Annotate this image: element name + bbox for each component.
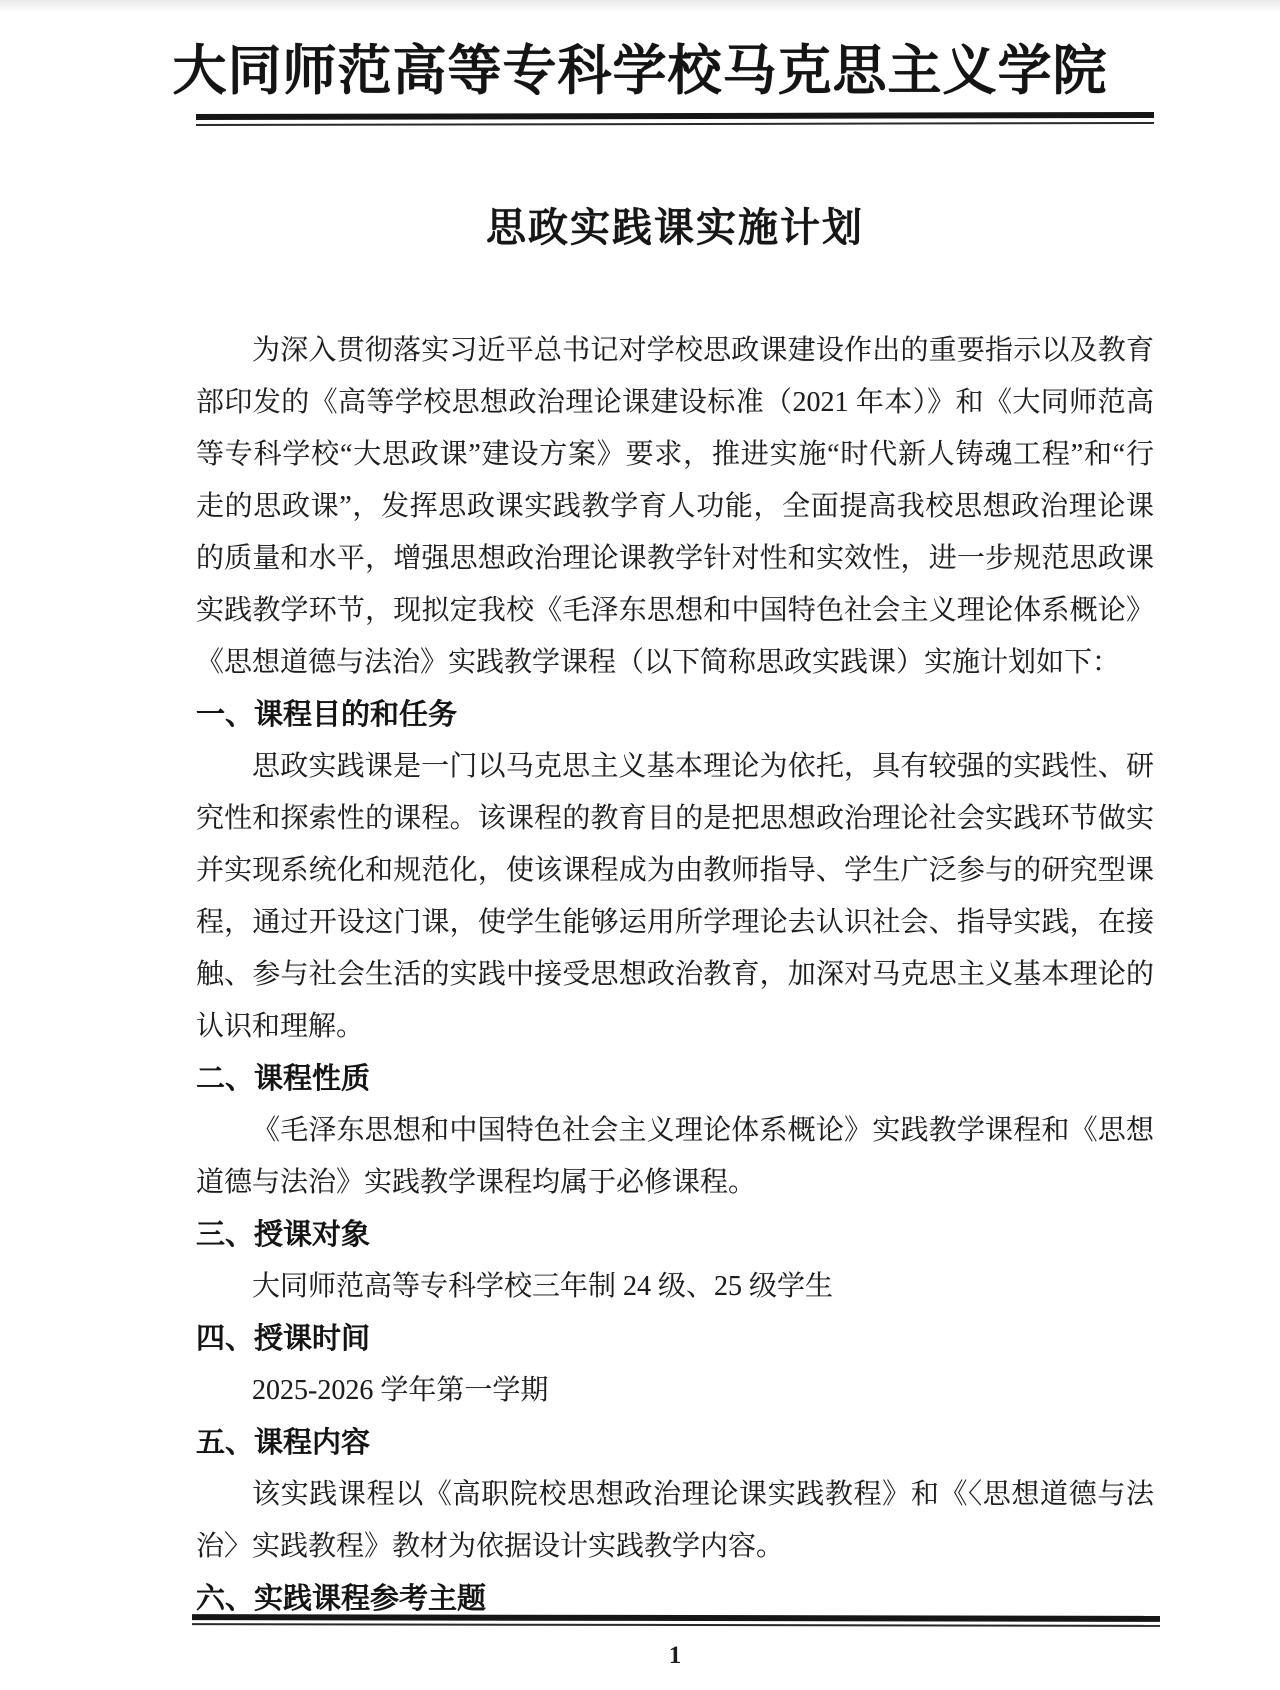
document-page: 大同师范高等专科学校马克思主义学院 思政实践课实施计划 为深入贯彻落实习近平总书… xyxy=(0,0,1280,1690)
document-body: 为深入贯彻落实习近平总书记对学校思政课建设作出的重要指示以及教育部印发的《高等学… xyxy=(196,325,1154,1625)
section-heading: 四、授课时间 xyxy=(196,1313,1154,1365)
footer-rule-thin xyxy=(192,1623,1160,1627)
body-paragraph: 思政实践课是一门以马克思主义基本理论为依托，具有较强的实践性、研究性和探索性的课… xyxy=(196,741,1154,1053)
header-rule xyxy=(196,112,1154,120)
section-heading: 二、课程性质 xyxy=(196,1053,1154,1105)
document-title: 思政实践课实施计划 xyxy=(196,204,1154,252)
body-paragraph: 该实践课程以《高职院校思想政治理论课实践教程》和《〈思想道德与法治〉实践教程》教… xyxy=(196,1469,1154,1573)
body-paragraph: 为深入贯彻落实习近平总书记对学校思政课建设作出的重要指示以及教育部印发的《高等学… xyxy=(196,325,1154,689)
institution-header: 大同师范高等专科学校马克思主义学院 xyxy=(161,34,1119,108)
body-paragraph: 《毛泽东思想和中国特色社会主义理论体系概论》实践教学课程和《思想道德与法治》实践… xyxy=(196,1105,1154,1209)
section-heading: 五、课程内容 xyxy=(196,1417,1154,1469)
body-paragraph: 大同师范高等专科学校三年制 24 级、25 级学生 xyxy=(196,1261,1154,1313)
body-paragraph: 2025-2026 学年第一学期 xyxy=(196,1365,1154,1417)
page-number: 1 xyxy=(196,1642,1154,1670)
section-heading: 一、课程目的和任务 xyxy=(196,689,1154,741)
header-rule-thin xyxy=(196,122,1154,126)
section-heading: 三、授课对象 xyxy=(196,1209,1154,1261)
